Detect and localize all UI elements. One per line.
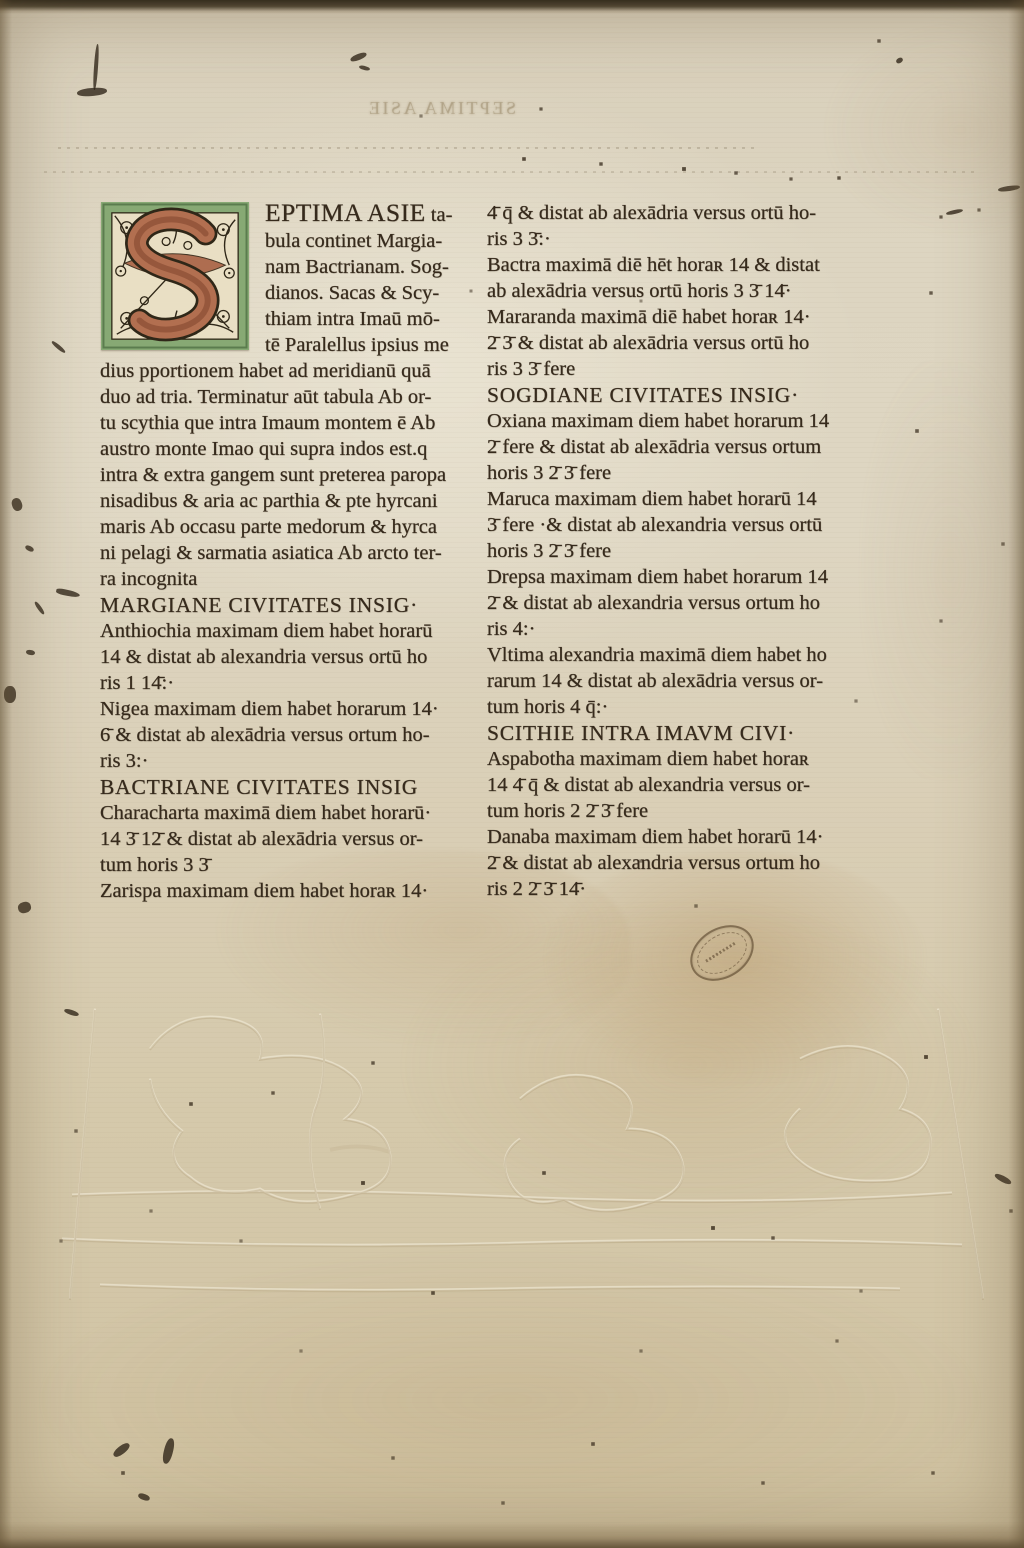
text-line: Anthiochia maximam diem habet horarū — [100, 618, 468, 644]
text-line: ris 3 3̄:· — [487, 226, 887, 252]
ink-smudge — [24, 544, 34, 553]
text-line: ris 4:· — [487, 616, 887, 642]
page-edge-right — [1008, 0, 1024, 1548]
stain-wash — [400, 900, 980, 1230]
ink-smudge — [349, 51, 367, 63]
text-line: horis 3 2̄ 3̄ fere — [487, 460, 887, 486]
text-line: Characharta maximā diem habet horarū· — [100, 800, 468, 826]
ink-smudge — [17, 901, 32, 915]
ink-smudge — [161, 1437, 176, 1464]
ink-smudge — [137, 1492, 150, 1502]
text-line: Oxiana maximam diem habet horarum 14 — [487, 408, 887, 434]
text-line: ra incognita — [100, 566, 468, 592]
section-heading: MARGIANE CIVITATES INSIG· — [100, 592, 468, 618]
text-line: rarum 14 & distat ab alexādria versus or… — [487, 668, 887, 694]
text-line: horis 3 2̄ 3̄ fere — [487, 538, 887, 564]
text-line: Zarispa maximam diem habet horaʀ 14· — [100, 878, 468, 904]
text-line: 2̄ & distat ab alexandria versus ortum h… — [487, 590, 887, 616]
text-line: ris 1 14̄:· — [100, 670, 468, 696]
ink-smudge — [10, 497, 24, 512]
ink-smudge — [77, 87, 108, 98]
text-line: ni pelagi & sarmatia asiatica Ab arcto t… — [100, 540, 468, 566]
text-line: 14 4̄ q̄ & distat ab alexandria versus o… — [487, 772, 887, 798]
text-line: tum horis 2 2̄ 3̄ fere — [487, 798, 887, 824]
text-line: dius pportionem habet ad meridianū quā — [100, 358, 468, 384]
ink-smudge — [895, 57, 904, 65]
text-line: intra & extra gangem sunt preterea parop… — [100, 462, 468, 488]
section-heading: BACTRIANE CIVITATES INSIG — [100, 774, 468, 800]
text-line: Danaba maximam diem habet horarū 14· — [487, 824, 887, 850]
verso-showthrough-text: SEPTIMA ASIE — [316, 98, 516, 119]
ink-smudge — [359, 65, 371, 72]
text-line: 3̄ fere ·& distat ab alexandria versus o… — [487, 512, 887, 538]
right-column-text: 4̄ q̄ & distat ab alexādria versus ortū … — [487, 200, 887, 902]
text-line: tum horis 4 q̄:· — [487, 694, 887, 720]
ink-smudge — [51, 340, 67, 354]
text-line: Drepsa maximam diem habet horarum 14 — [487, 564, 887, 590]
ink-smudge — [112, 1441, 132, 1459]
library-stamp — [680, 914, 764, 992]
text-line: 6̄ & distat ab alexādria versus ortum ho… — [100, 722, 468, 748]
ink-smudge — [946, 208, 963, 215]
text-line: ris 3:· — [100, 748, 468, 774]
text-line: 14 3̄ 12̄ & distat ab alexādria versus o… — [100, 826, 468, 852]
ink-smudge — [56, 588, 81, 599]
text-line: tu scythia que intra Imaum montem ē Ab — [100, 410, 468, 436]
stain-bottom — [40, 1250, 980, 1548]
ink-smudge — [92, 44, 99, 90]
emboss-ridge — [58, 147, 758, 149]
section-heading: SOGDIANE CIVITATES INSIG· — [487, 382, 887, 408]
page-edge-top — [0, 0, 1024, 14]
page-edge-bottom — [0, 1522, 1024, 1548]
ink-smudge — [64, 1008, 80, 1017]
text-line: Vltima alexandria maximā diem habet ho — [487, 642, 887, 668]
incunable-page-scan: SEPTIMA ASIE — [0, 0, 1024, 1548]
decorated-initial — [100, 202, 256, 350]
text-line: ris 2 2̄ 3̄ 14̄· — [487, 876, 887, 902]
text-line: austro monte Imao qui supra indos est.q — [100, 436, 468, 462]
text-line: Bactra maximā diē hēt horaʀ 14 & distat — [487, 252, 887, 278]
text-line: Aspabotha maximam diem habet horaʀ — [487, 746, 887, 772]
text-line: 2̄ & distat ab alexandria versus ortum h… — [487, 850, 887, 876]
text-line: Maruca maximam diem habet horarū 14 — [487, 486, 887, 512]
text-line: tum horis 3 3̄ — [100, 852, 468, 878]
text-line: Mararanda maximā diē habet horaʀ 14· — [487, 304, 887, 330]
right-column: 4̄ q̄ & distat ab alexādria versus ortū … — [487, 200, 887, 902]
text-line: maris Ab occasu parte medorum & hyrca — [100, 514, 468, 540]
text-line: 2̄ 3̄ & distat ab alexādria versus ortū … — [487, 330, 887, 356]
text-line: duo ad tria. Terminatur aūt tabula Ab or… — [100, 384, 468, 410]
ink-smudge — [34, 601, 46, 616]
text-line: 2̄ fere & distat ab alexādria versus ort… — [487, 434, 887, 460]
text-line: ris 3 3̄ fere — [487, 356, 887, 382]
text-line: 14 & distat ab alexandria versus ortū ho — [100, 644, 468, 670]
text-line: 4̄ q̄ & distat ab alexādria versus ortū … — [487, 200, 887, 226]
library-stamp-inner-ring — [690, 923, 755, 982]
text-line: ab alexādria versus ortū horis 3 3̄ 14̄· — [487, 278, 887, 304]
caps-lead: EPTIMA ASIE — [265, 198, 426, 227]
text-line: Nigea maximam diem habet horarum 14· — [100, 696, 468, 722]
text-line: nisadibus & aria ac parthia & pte hyrcan… — [100, 488, 468, 514]
ink-smudge — [26, 649, 36, 655]
page-edge-left — [0, 0, 12, 1548]
initial-s-woodcut — [100, 202, 250, 350]
emboss-ridge — [44, 171, 974, 173]
left-column: EPTIMA ASIE ta-bula continet Margia-nam … — [100, 200, 468, 904]
section-heading: SCITHIE INTRA IMAVM CIVI· — [487, 720, 887, 746]
